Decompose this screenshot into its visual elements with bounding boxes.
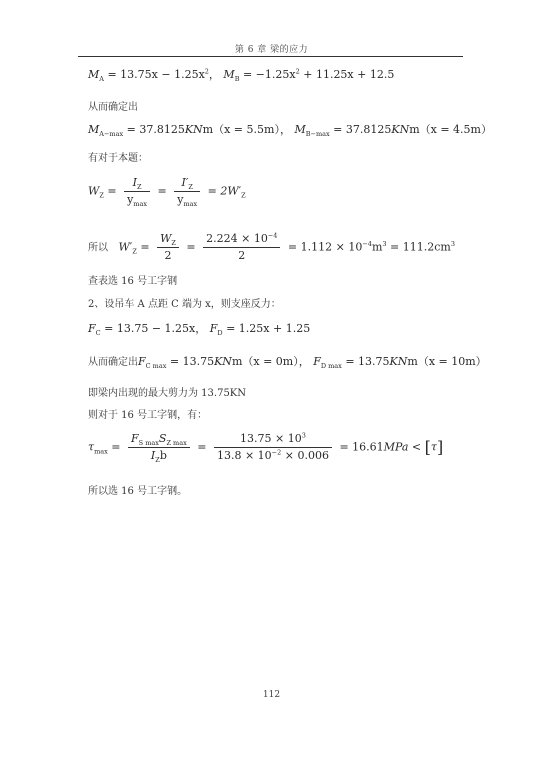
fraction-value: 2.224 × 10−4 2 [203,232,280,263]
fc-max-value: = 13.75 [166,355,214,368]
result-cm: = 111.2cm [387,241,451,254]
separator: ， [209,68,220,81]
result-exp: −4 [362,240,372,248]
mb-rest: + 11.25x + 12.5 [300,68,395,81]
result-cm-exp: 3 [451,240,455,248]
fc-max-sub: C max [146,362,167,370]
den-exp: −2 [272,448,282,456]
mb-max-value: = 37.8125 [330,123,392,136]
fs-sub: S max [139,439,159,447]
ymax-sub: max [133,200,147,208]
numerator-exp: −4 [268,231,278,239]
tau-sub: max [94,448,108,456]
select-text-1: 查表选 16 号工字钢 [88,275,177,289]
header-rule [78,56,463,57]
fd-expr: = 1.25x + 1.25 [223,322,311,335]
fc-max-symbol: F [138,355,146,368]
determine-text-1: 从而确定出 [88,101,138,115]
den-tail: × 0.006 [281,449,329,462]
ma-symbol: M [88,68,99,81]
shear-max-equation: 从而确定出FC max = 13.75KNm（x = 0m）， FD max =… [88,355,487,370]
fd-max-symbol: F [313,355,321,368]
determine-label-2: 从而确定出 [88,357,138,368]
fd-max-sub: D max [321,362,342,370]
fraction-fs-sz-iz-b: FS maxSZ max IZb [128,432,190,463]
iz-prime-sub: Z [188,183,193,191]
step-2-text: 2、设吊车 A 点距 C 端为 x，则支座反力： [88,298,281,312]
fc-expr: = 13.75 − 1.25x， [101,322,207,335]
w-prime-symbol: W′ [119,241,133,254]
fc-symbol: F [88,322,96,335]
fs-symbol: F [131,432,139,445]
unit-mpa: MPa [384,441,409,454]
fraction-iz-prime-ymax: I′Z ymax [174,176,200,207]
ma-max-sub: A−max [99,130,123,138]
fd-max-value: = 13.75 [342,355,390,368]
section-modulus-equation: WZ = IZ ymax = I′Z ymax = 2W′Z [88,176,246,207]
mb-max-symbol: M [294,123,305,136]
ma-expr: = 13.75x − 1.25x [104,68,205,81]
moment-max-equation: MA−max = 37.8125KNm（x = 5.5m）， MB−max = … [88,123,492,137]
fraction-wz-2: WZ 2 [157,232,179,263]
den-value: 13.8 × 10 [217,449,272,462]
therefore-label: 所以 [88,243,108,254]
sz-sub: Z max [166,439,186,447]
for-problem-text: 有对于本题： [88,152,148,166]
b-symbol: b [160,449,167,462]
max-shear-text: 即梁内出现的最大剪力为 13.75KN [88,387,246,401]
numerator-value: 2.224 × 10 [206,232,268,245]
ymax-sub: max [183,200,197,208]
num-exp: 3 [302,431,306,439]
shear-stress-equation: τmax = FS maxSZ max IZb = 13.75 × 103 13… [88,432,443,463]
reactions-equation: FC = 13.75 − 1.25x， FD = 1.25x + 1.25 [88,322,310,336]
ma-max-symbol: M [88,123,99,136]
less-than: < [408,441,424,454]
unit-kn: KN [185,123,203,136]
result-sub: Z [241,192,246,200]
mb-max-sub: B−max [306,130,330,138]
fraction-iz-ymax: IZ ymax [124,176,150,207]
conclusion-text: 所以选 16 号工字钢。 [88,485,187,499]
mb-symbol: M [223,68,234,81]
unit-kn: KN [390,355,408,368]
mb-max-tail: m（x = 4.5m） [409,123,492,136]
wz-sub: Z [171,239,176,247]
unit-kn: KN [391,123,409,136]
equals: = [107,185,116,198]
denominator-2: 2 [203,248,280,263]
result-2w: = 2W′ [208,185,242,198]
mb-expr: = −1.25x [239,68,295,81]
equals: = [158,185,167,198]
wz-symbol: W [160,232,171,245]
unit-kn: KN [214,355,232,368]
fd-max-tail: m（x = 10m） [407,355,486,368]
num-value: 13.75 × 10 [240,432,302,445]
ma-max-tail: m（x = 5.5m）， [203,123,291,136]
iz-sub: Z [137,183,142,191]
fraction-values: 13.75 × 103 13.8 × 10−2 × 0.006 [214,432,332,463]
moment-equation: MA = 13.75x − 1.25x2， MB = −1.25x2 + 11.… [88,68,394,82]
w-prime-sub: Z [132,248,137,256]
denominator-2: 2 [157,248,179,263]
for-16-text: 则对于 16 号工字钢，有： [88,409,207,423]
bracket-close: ] [437,438,443,457]
result-value: = 1.112 × 10 [288,241,362,254]
result-unit: m [372,241,382,254]
page-number: 112 [0,690,543,700]
w-sub: Z [99,192,104,200]
fc-max-tail: m（x = 0m）， [232,355,310,368]
therefore-equation: 所以 W′Z = WZ 2 = 2.224 × 10−4 2 = 1.112 ×… [88,232,455,263]
chapter-header: 第 6 章 梁的应力 [0,42,543,55]
result-value: = 16.61 [339,441,383,454]
ma-max-value: = 37.8125 [123,123,185,136]
w-symbol: W [88,185,99,198]
